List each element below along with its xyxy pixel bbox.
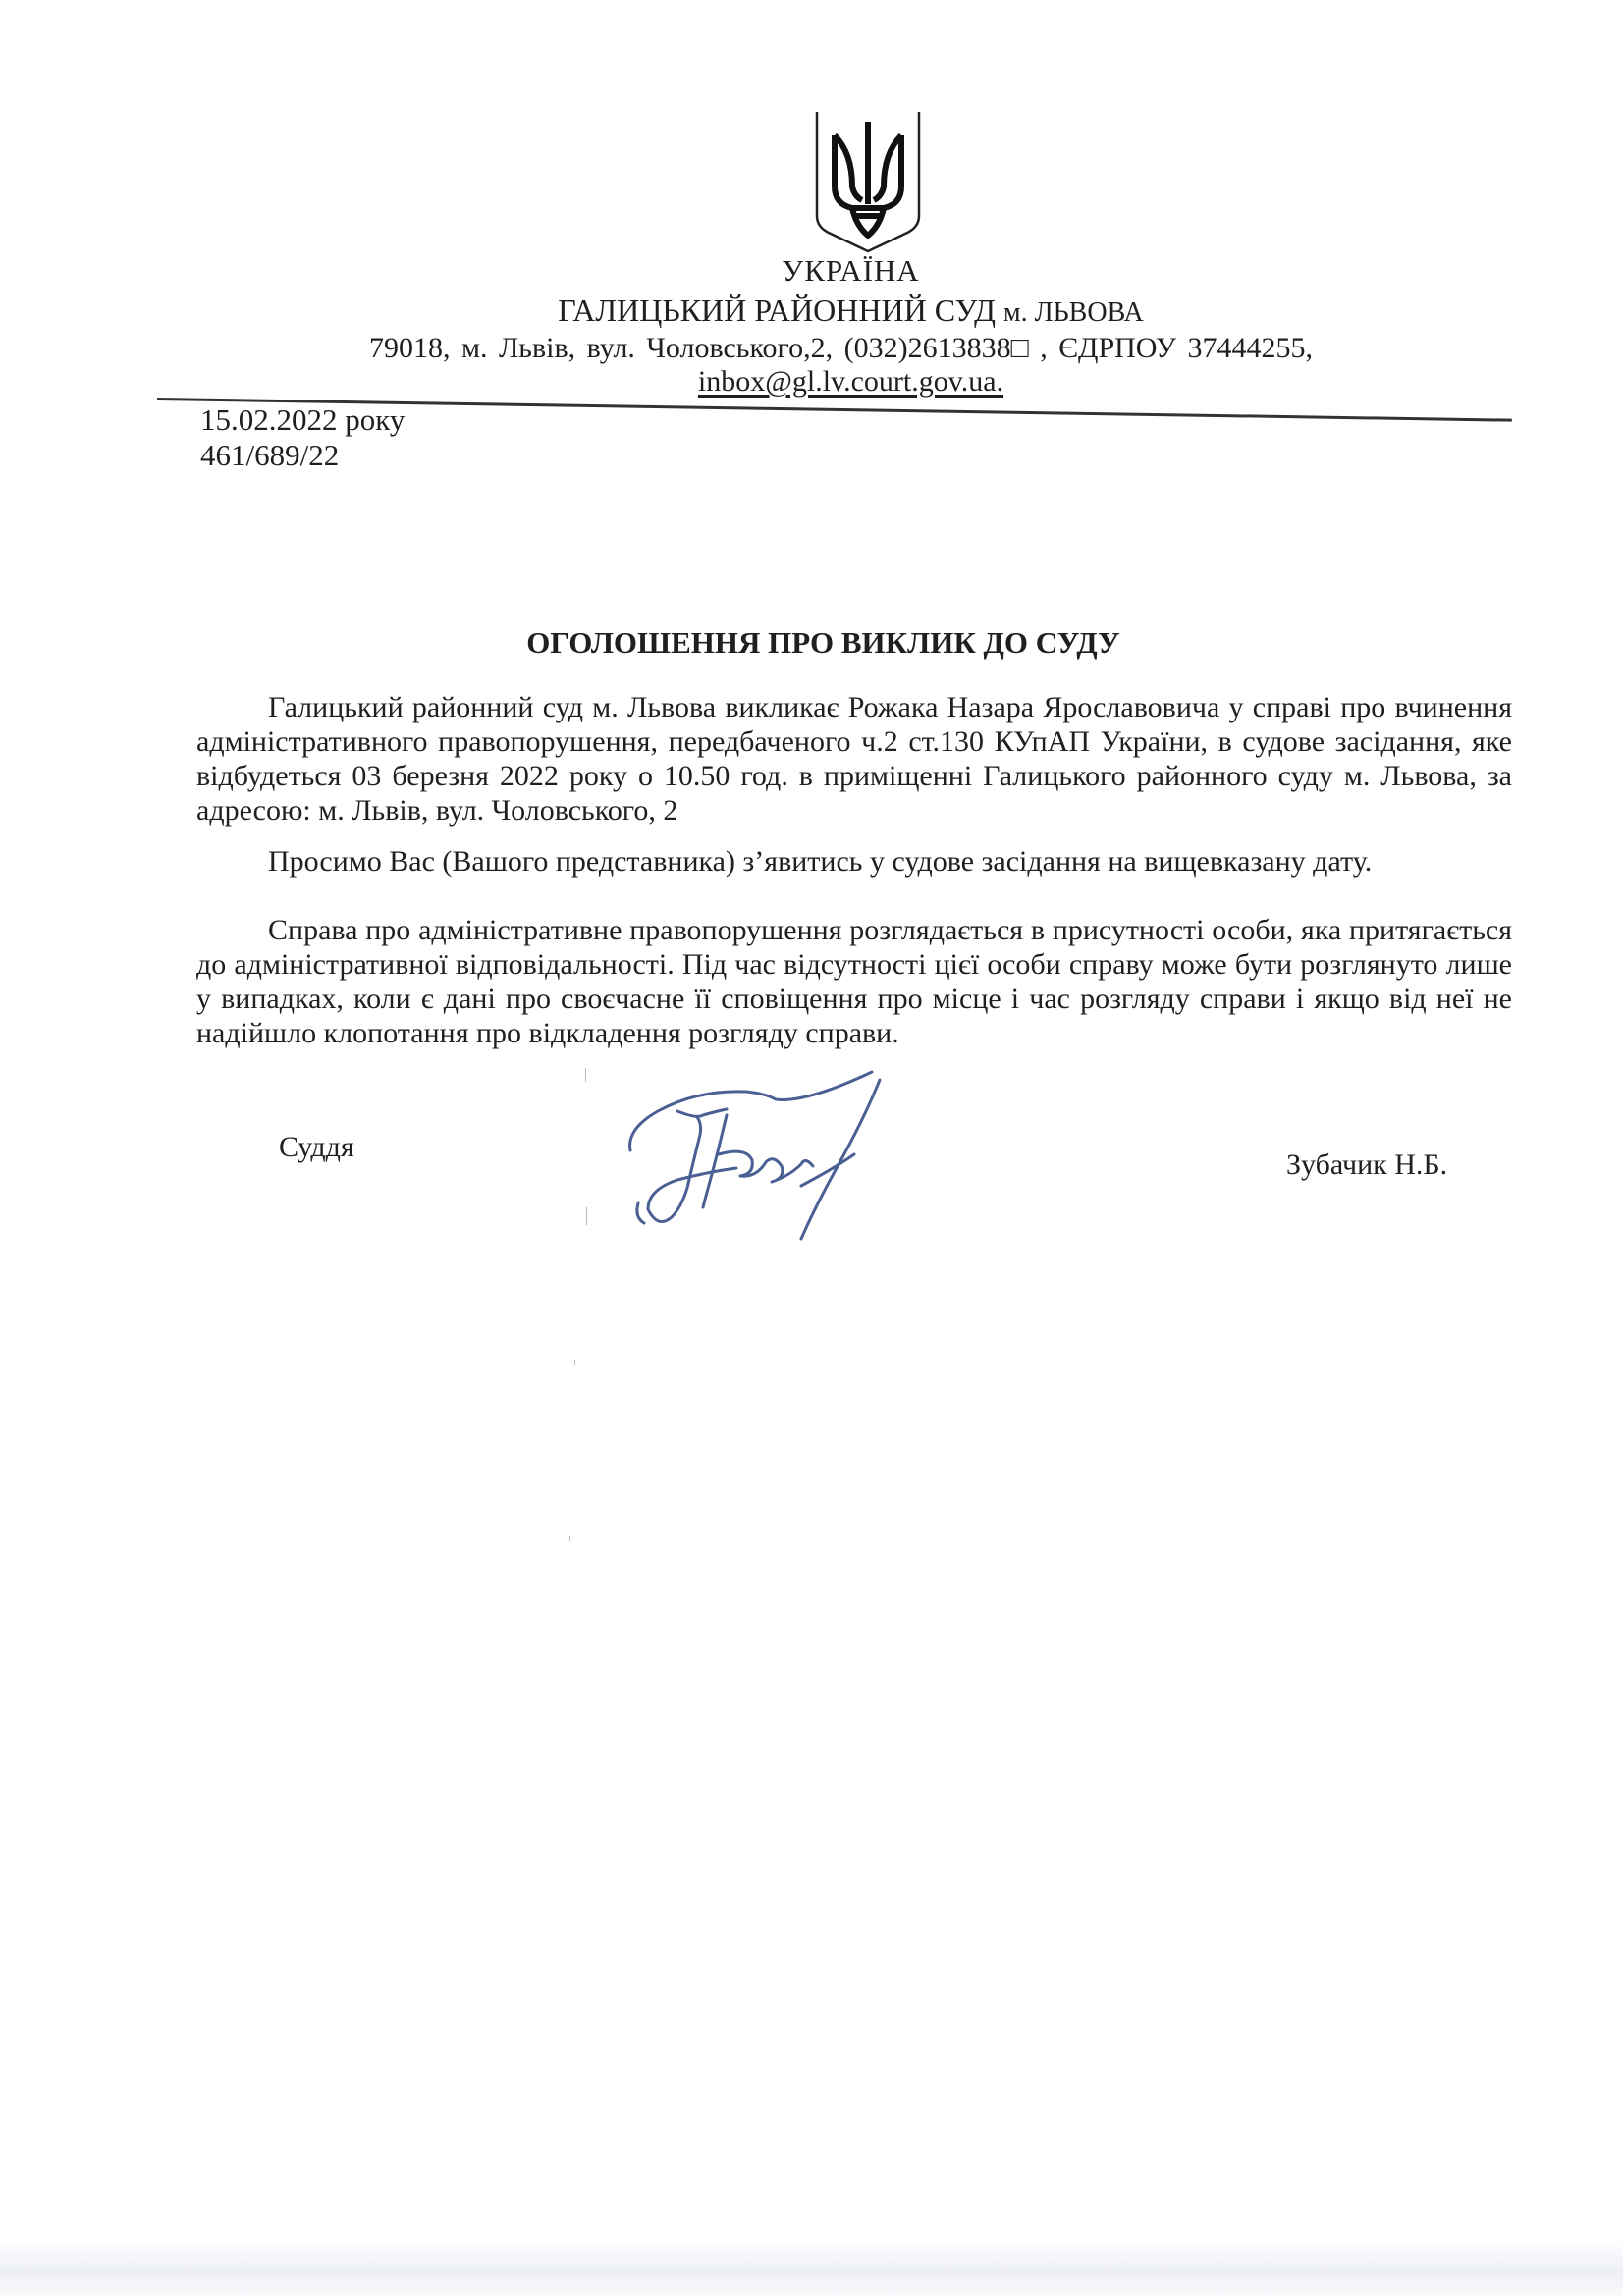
notice-body: Галицький районний суд м. Львова виклика… [196, 690, 1512, 828]
notice-paragraph: Справа про адміністративне правопорушенн… [196, 913, 1512, 1050]
court-name-main: ГАЛИЦЬКИЙ РАЙОННИЙ СУД [558, 293, 996, 328]
notice-paragraph: Просимо Вас (Вашого представника) з’явит… [196, 844, 1512, 879]
trident-coat-of-arms-icon [813, 106, 923, 253]
judge-name: Зубачик Н.Б. [1286, 1148, 1447, 1182]
court-name-heading: ГАЛИЦЬКИЙ РАЙОННИЙ СУД м. ЛЬВОВА [39, 293, 1623, 329]
document-date: 15.02.2022 року [200, 402, 405, 438]
scan-artifact [574, 1360, 575, 1365]
scan-artifact [585, 1068, 586, 1082]
scan-artifact [569, 1536, 570, 1541]
handwritten-signature-icon [609, 1060, 903, 1256]
notice-body: Справа про адміністративне правопорушенн… [196, 913, 1512, 1050]
notice-paragraph: Галицький районний суд м. Львова виклика… [196, 690, 1512, 828]
judge-role-label: Суддя [279, 1131, 354, 1164]
court-email: inbox@gl.lv.court.gov.ua. [39, 365, 1623, 399]
country-heading: УКРАЇНА [39, 253, 1623, 289]
notice-title: ОГОЛОШЕННЯ ПРО ВИКЛИК ДО СУДУ [12, 625, 1623, 661]
scan-edge-shading [0, 2237, 1623, 2296]
court-address: 79018, м. Львів, вул. Чоловського,2, (03… [29, 332, 1623, 365]
scan-artifact [586, 1207, 587, 1225]
court-name-city: м. ЛЬВОВА [1003, 297, 1144, 328]
court-email-link[interactable]: inbox@gl.lv.court.gov.ua. [698, 365, 1003, 398]
document-page: УКРАЇНА ГАЛИЦЬКИЙ РАЙОННИЙ СУД м. ЛЬВОВА… [0, 0, 1623, 2296]
notice-body: Просимо Вас (Вашого представника) з’явит… [196, 844, 1512, 879]
case-number: 461/689/22 [200, 438, 339, 473]
